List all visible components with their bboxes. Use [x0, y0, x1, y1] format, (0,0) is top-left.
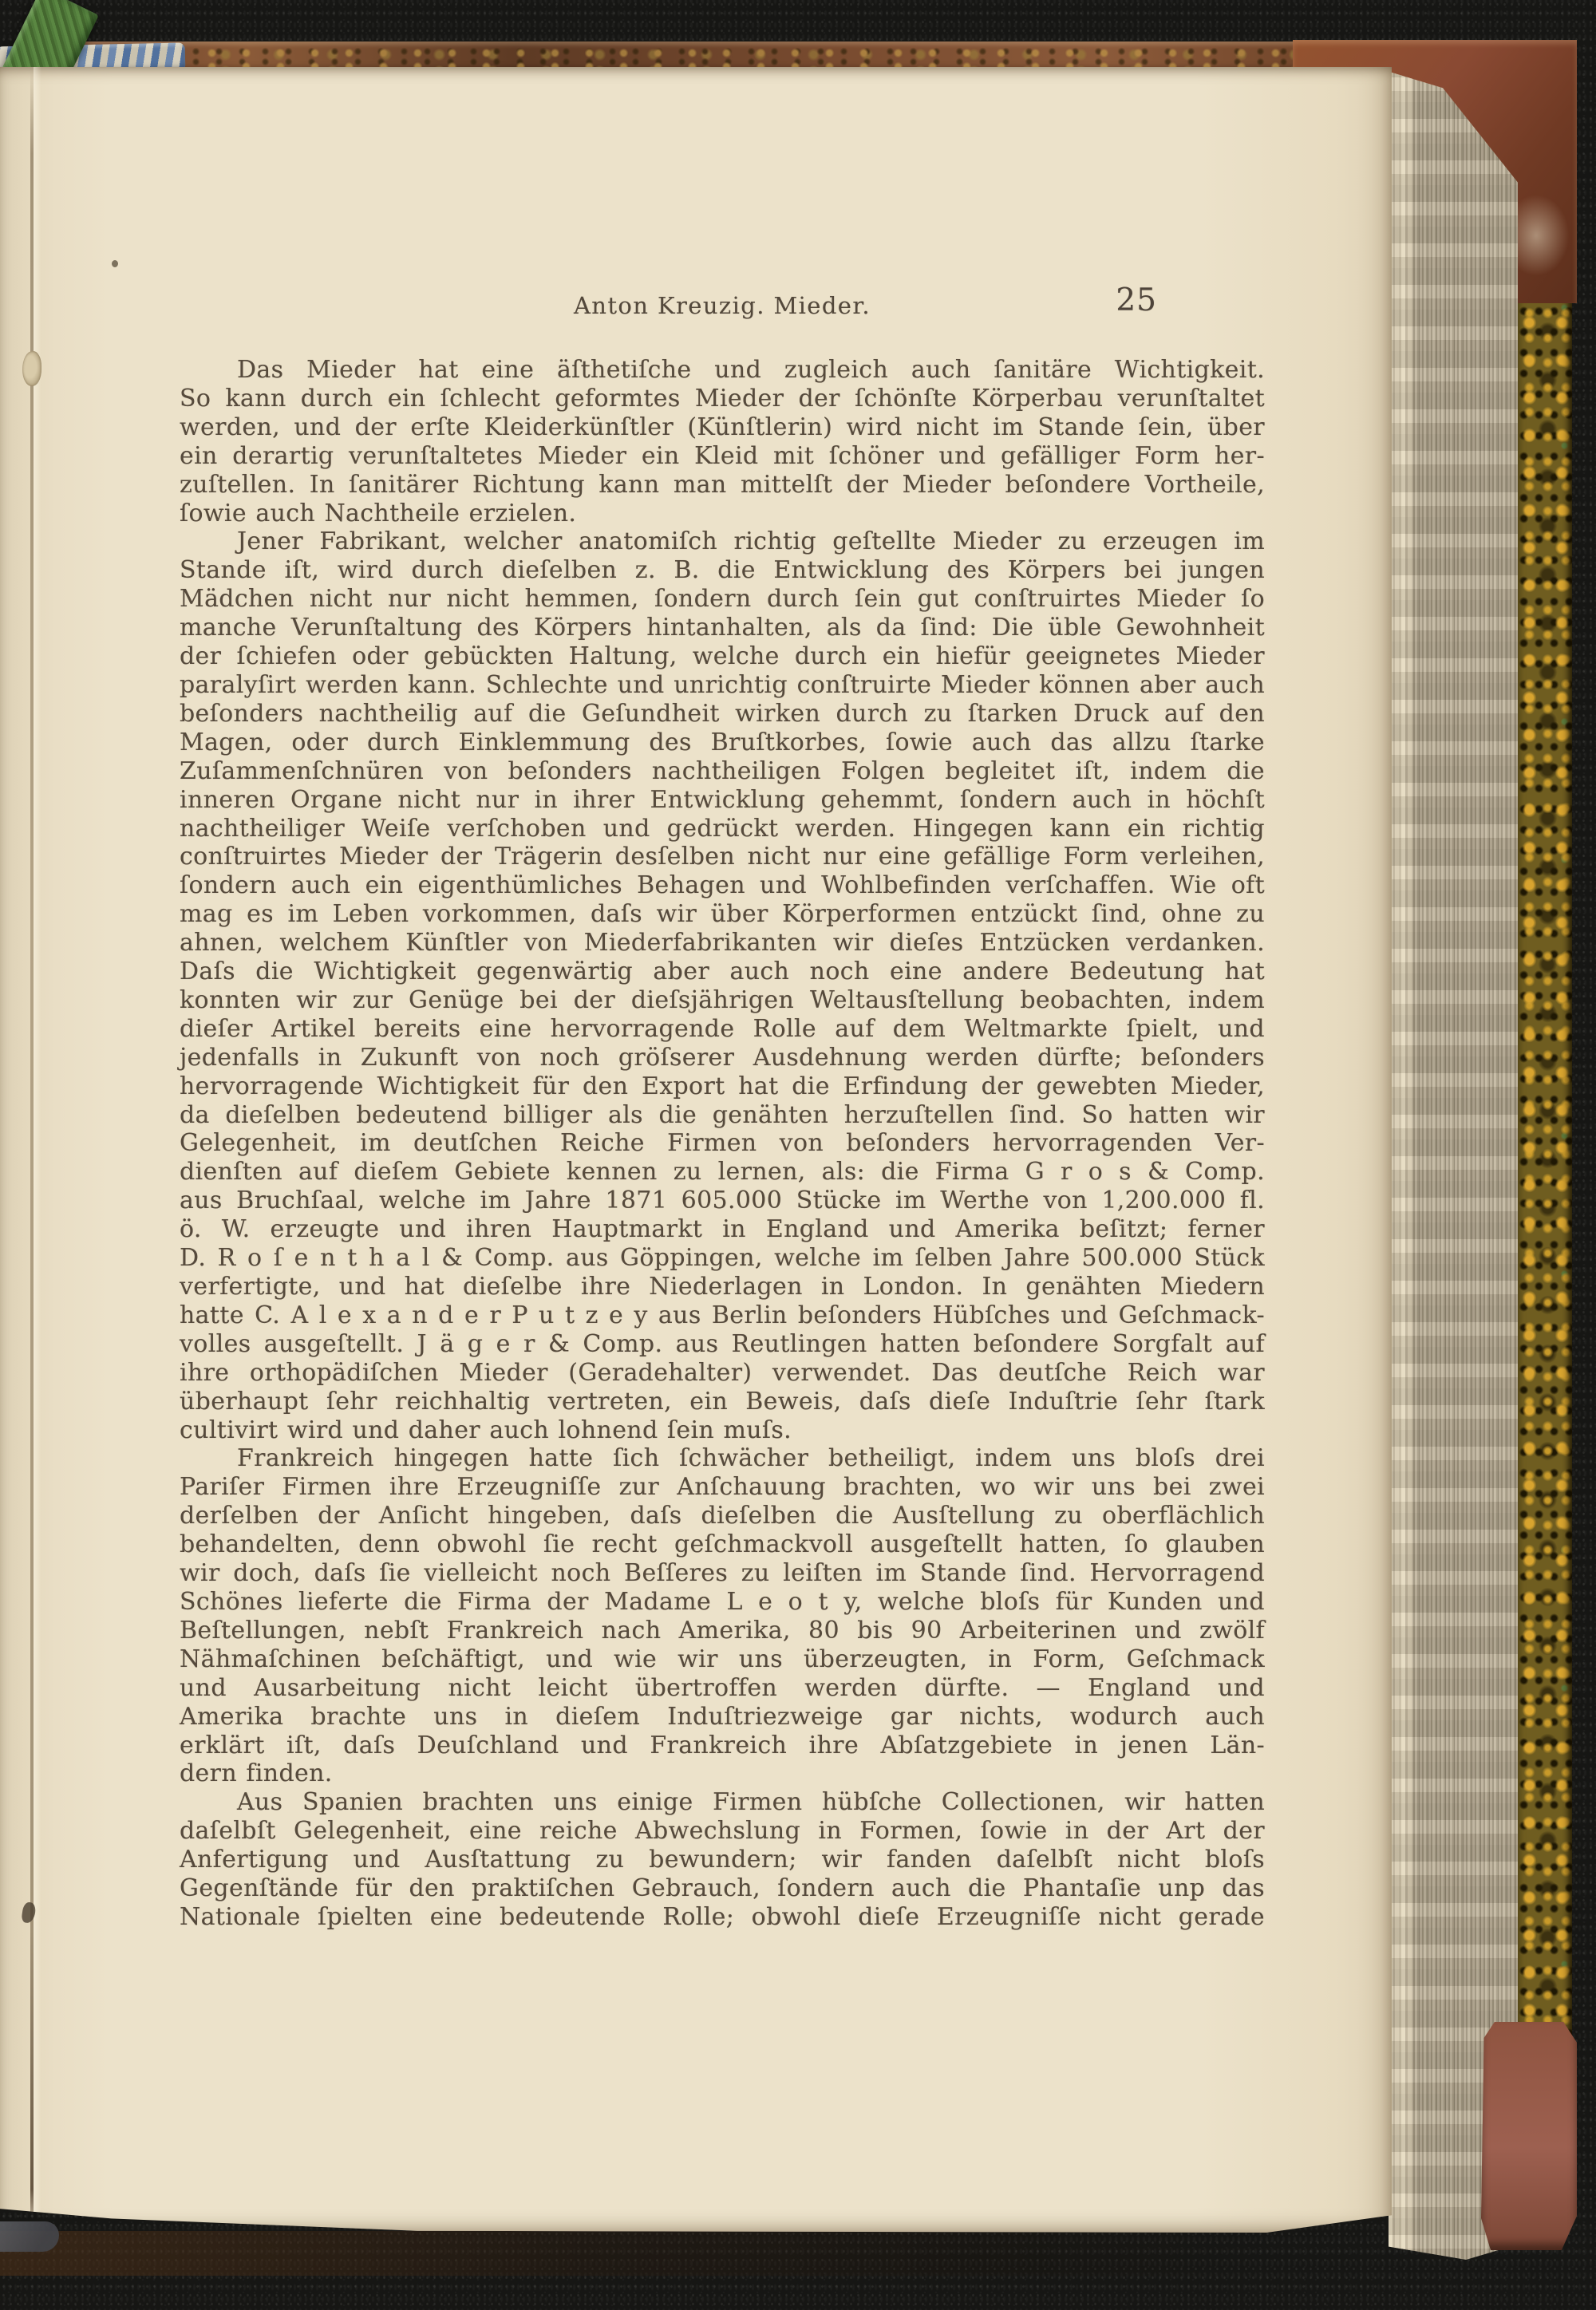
- text-line: ihre orthopädiſchen Mieder (Geradehalter…: [180, 1359, 1265, 1388]
- text-line: verfertigte, und hat dieſelbe ihre Niede…: [180, 1273, 1265, 1301]
- page-number: 25: [1116, 282, 1157, 318]
- text-line: behandelten, denn obwohl ſie recht geſch…: [180, 1530, 1265, 1559]
- text-line: Frankreich hingegen hatte ſich ſchwächer…: [180, 1444, 1265, 1473]
- text-line: konnten wir zur Genüge bei der dieſsjähr…: [180, 986, 1265, 1015]
- text-line: der ſchiefen oder gebückten Haltung, wel…: [180, 642, 1265, 671]
- running-header: Anton Kreuzig. Mieder. 25: [180, 287, 1265, 335]
- text-line: derſelben der Anſicht hingeben, daſs die…: [180, 1502, 1265, 1530]
- text-line: da dieſelben bedeutend billiger als die …: [180, 1101, 1265, 1130]
- text-line: zuſtellen. In ſanitärer Richtung kann ma…: [180, 471, 1265, 500]
- text-line: ö. W. erzeugte und ihren Hauptmarkt in E…: [180, 1215, 1265, 1244]
- text-line: nachtheiliger Weiſe verſchoben und gedrü…: [180, 815, 1265, 843]
- text-line: Gegenſtände für den praktiſchen Gebrauch…: [180, 1874, 1265, 1903]
- paper-speck: [112, 260, 118, 267]
- text-line: dern finden.: [180, 1759, 1265, 1788]
- text-line: Beſtellungen, nebſt Frankreich nach Amer…: [180, 1617, 1265, 1645]
- text-line: Gelegenheit, im deutſchen Reiche Firmen …: [180, 1129, 1265, 1158]
- marbled-cover-edge: [1513, 192, 1572, 2075]
- text-line: Mädchen nicht nur nicht hemmen, ſondern …: [180, 585, 1265, 614]
- text-line: Das Mieder hat eine äſthetiſche und zugl…: [180, 356, 1265, 385]
- text-line: dieſer Artikel bereits eine hervorragend…: [180, 1015, 1265, 1044]
- cover-edge-bottom-left: [0, 2221, 59, 2252]
- text-line: Pariſer Firmen ihre Erzeugniſſe zur Anſc…: [180, 1473, 1265, 1502]
- running-header-title: Anton Kreuzig. Mieder.: [180, 292, 1265, 319]
- text-line: inneren Organe nicht nur in ihrer Entwic…: [180, 786, 1265, 815]
- text-line: Nationale ſpielten eine bedeutende Rolle…: [180, 1903, 1265, 1932]
- leather-corner-bottom-right: [1481, 2022, 1577, 2250]
- text-line: ein derartig verunſtaltetes Mieder ein K…: [180, 442, 1265, 471]
- text-line: manche Verunſtaltung des Körpers hintanh…: [180, 614, 1265, 642]
- text-line: mag es im Leben vorkommen, daſs wir über…: [180, 900, 1265, 929]
- text-line: Daſs die Wichtigkeit gegenwärtig aber au…: [180, 958, 1265, 986]
- text-line: paralyſirt werden kann. Schlechte und un…: [180, 671, 1265, 700]
- text-line: Amerika brachte uns in dieſem Induſtriez…: [180, 1703, 1265, 1732]
- bottom-page-shadow: [0, 2231, 1293, 2276]
- text-line: ſowie auch Nachtheile erzielen.: [180, 500, 1265, 528]
- text-line: D. R o ſ e n t h a l & Comp. aus Göpping…: [180, 1244, 1265, 1273]
- text-line: Nähmaſchinen beſchäftigt, und wie wir un…: [180, 1645, 1265, 1674]
- text-line: Zuſammenſchnüren von beſonders nachtheil…: [180, 757, 1265, 786]
- text-line: So kann durch ein ſchlecht geformtes Mie…: [180, 385, 1265, 413]
- fore-edge-page-stack: [1389, 64, 1518, 2260]
- text-line: Aus Spanien brachten uns einige Firmen h…: [180, 1788, 1265, 1817]
- text-line: Jener Fabrikant, welcher anatomiſch rich…: [180, 527, 1265, 556]
- text-line: erklärt iſt, daſs Deuſchland und Frankre…: [180, 1732, 1265, 1760]
- text-line: überhaupt ſehr reichhaltig vertreten, ei…: [180, 1388, 1265, 1416]
- text-line: wir doch, daſs ſie vielleicht noch Beſſe…: [180, 1559, 1265, 1588]
- text-line: werden, und der erſte Kleiderkünſtler (K…: [180, 413, 1265, 442]
- body-text: Das Mieder hat eine äſthetiſche und zugl…: [180, 356, 1265, 1932]
- text-line: Anfertigung und Ausſtattung zu bewundern…: [180, 1846, 1265, 1874]
- text-line: hatte C. A l e x a n d e r P u t z e y a…: [180, 1301, 1265, 1330]
- text-line: ſondern auch ein eigenthümliches Behagen…: [180, 871, 1265, 900]
- text-line: und Ausarbeitung nicht leicht übertroffe…: [180, 1674, 1265, 1703]
- text-line: Magen, oder durch Einklemmung des Bruſtk…: [180, 729, 1265, 757]
- text-line: daſelbſt Gelegenheit, eine reiche Abwech…: [180, 1817, 1265, 1846]
- text-line: dienſten auf dieſem Gebiete kennen zu le…: [180, 1158, 1265, 1187]
- text-line: ahnen, welchem Künſtler von Miederfabrik…: [180, 929, 1265, 958]
- text-line: hervorragende Wichtigkeit für den Export…: [180, 1072, 1265, 1101]
- text-line: conſtruirtes Mieder der Trägerin desſelb…: [180, 843, 1265, 871]
- text-line: Stande iſt, wird durch dieſelben z. B. d…: [180, 556, 1265, 585]
- text-line: Schönes lieferte die Firma der Madame L …: [180, 1588, 1265, 1617]
- text-line: aus Bruchſaal, welche im Jahre 1871 605.…: [180, 1187, 1265, 1215]
- text-line: jedenfalls in Zukunft von noch gröſserer…: [180, 1044, 1265, 1072]
- text-line: volles ausgeſtellt. J ä g e r & Comp. au…: [180, 1330, 1265, 1359]
- gutter-tear-notch: [22, 351, 41, 386]
- text-line: beſonders nachtheilig auf die Geſundheit…: [180, 700, 1265, 729]
- scanned-book-page: Anton Kreuzig. Mieder. 25 Das Mieder hat…: [0, 0, 1596, 2310]
- text-line: cultivirt wird und daher auch lohnend ſe…: [180, 1416, 1265, 1445]
